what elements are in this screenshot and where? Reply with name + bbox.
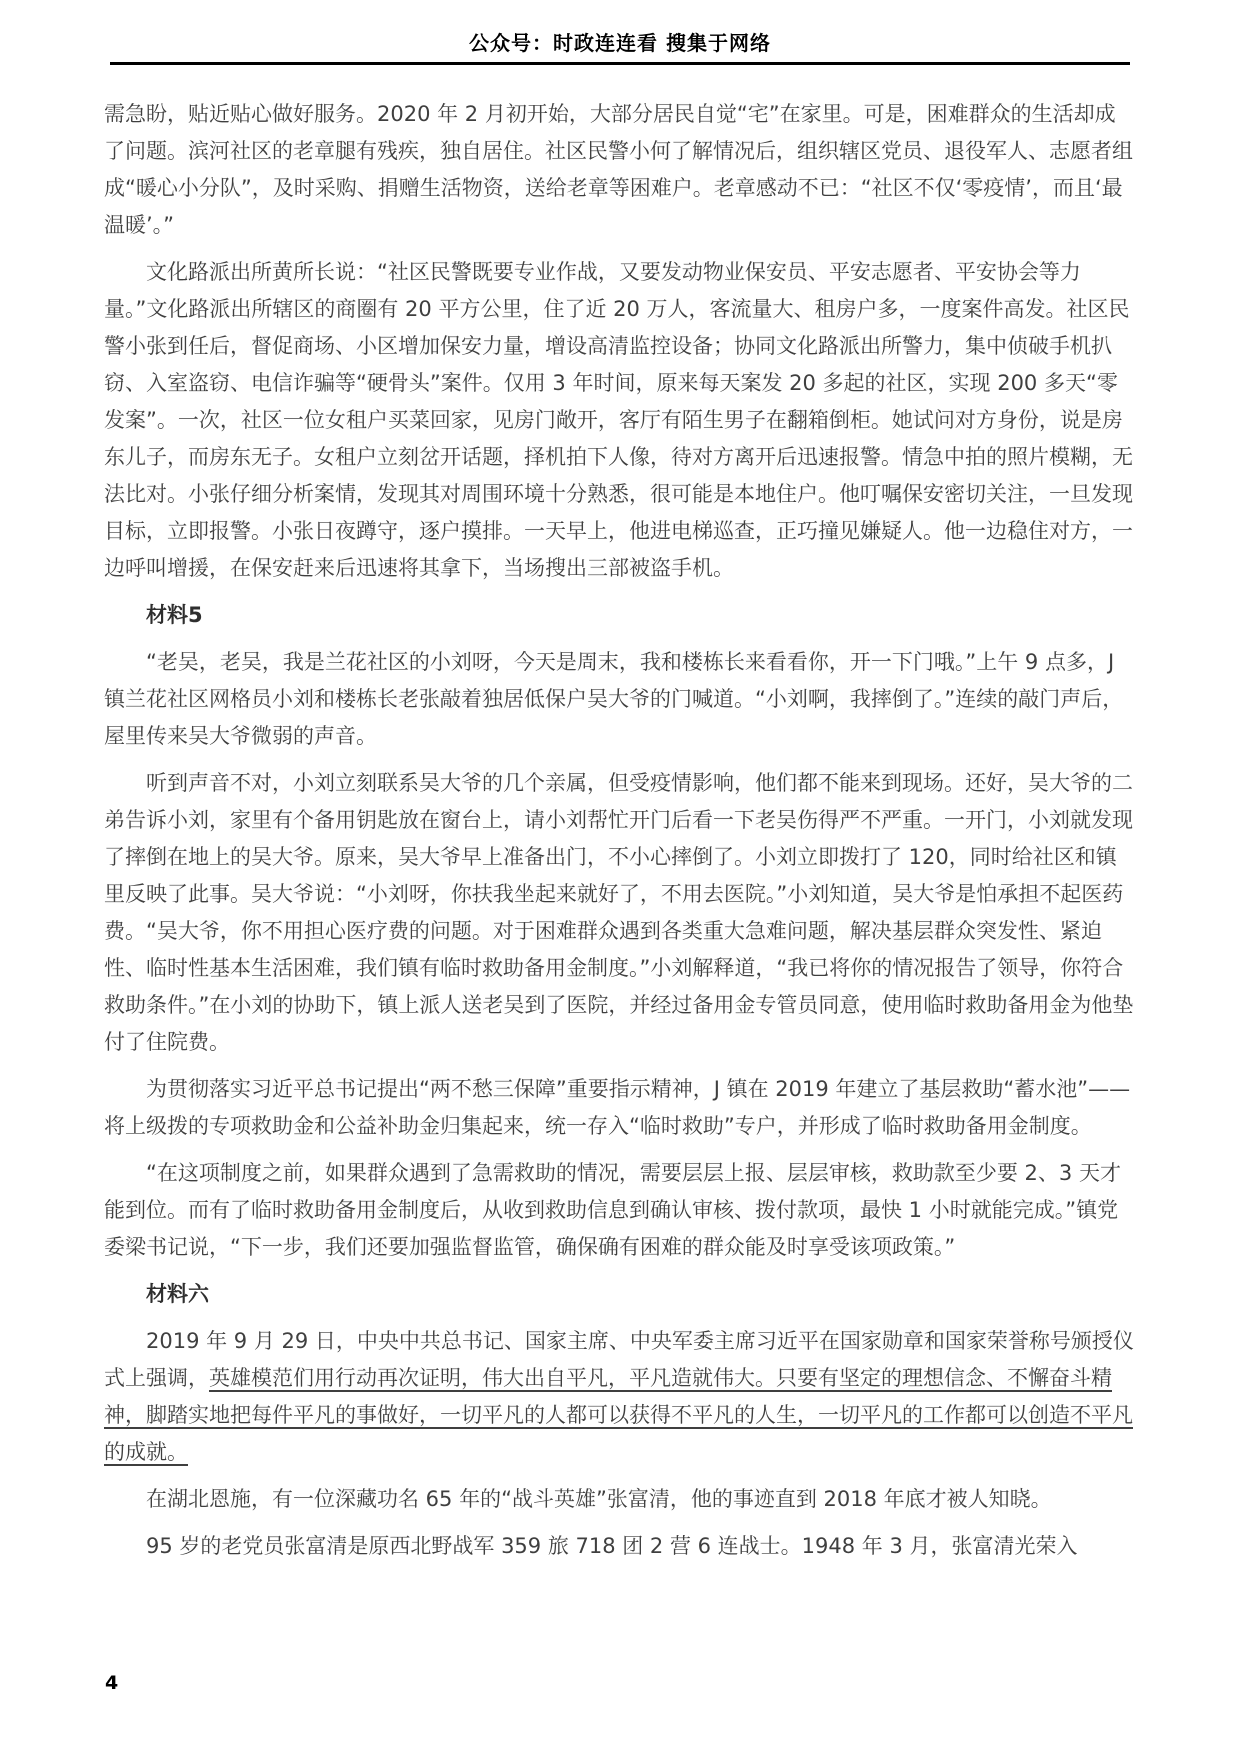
page-header: 公众号：时政连连看 搜集于网络: [110, 0, 1130, 65]
section-heading: 材料5: [104, 597, 1136, 634]
underlined-text: 英雄模范们用行动再次证明，伟大出自平凡，平凡造就伟大。只要有坚定的理想信念、不懈…: [104, 1366, 1133, 1464]
page-footer: 4: [105, 1672, 118, 1694]
document-content: 需急盼，贴近贴心做好服务。2020 年 2 月初开始，大部分居民自觉“宅”在家里…: [104, 96, 1136, 1575]
paragraph: 为贯彻落实习近平总书记提出“两不愁三保障”重要指示精神，J 镇在 2019 年建…: [104, 1071, 1136, 1145]
paragraph: 听到声音不对，小刘立刻联系吴大爷的几个亲属，但受疫情影响，他们都不能来到现场。还…: [104, 765, 1136, 1061]
text-segment: “在这项制度之前，如果群众遇到了急需救助的情况，需要层层上报、层层审核，救助款至…: [104, 1161, 1121, 1259]
header-title: 公众号：时政连连看 搜集于网络: [110, 32, 1130, 55]
text-segment: 听到声音不对，小刘立刻联系吴大爷的几个亲属，但受疫情影响，他们都不能来到现场。还…: [104, 771, 1133, 1054]
paragraph: 需急盼，贴近贴心做好服务。2020 年 2 月初开始，大部分居民自觉“宅”在家里…: [104, 96, 1136, 244]
paragraph: “老吴，老吴，我是兰花社区的小刘呀，今天是周末，我和楼栋长来看看你，开一下门哦。…: [104, 644, 1136, 755]
paragraph: 文化路派出所黄所长说：“社区民警既要专业作战，又要发动物业保安员、平安志愿者、平…: [104, 254, 1136, 587]
paragraph: 95 岁的老党员张富清是原西北野战军 359 旅 718 团 2 营 6 连战士…: [104, 1528, 1136, 1565]
text-segment: 为贯彻落实习近平总书记提出“两不愁三保障”重要指示精神，J 镇在 2019 年建…: [104, 1077, 1130, 1138]
text-segment: 文化路派出所黄所长说：“社区民警既要专业作战，又要发动物业保安员、平安志愿者、平…: [104, 260, 1133, 580]
paragraph: 在湖北恩施，有一位深藏功名 65 年的“战斗英雄”张富清，他的事迹直到 2018…: [104, 1481, 1136, 1518]
paragraph: “在这项制度之前，如果群众遇到了急需救助的情况，需要层层上报、层层审核，救助款至…: [104, 1155, 1136, 1266]
text-segment: 材料5: [146, 603, 203, 627]
text-segment: 95 岁的老党员张富清是原西北野战军 359 旅 718 团 2 营 6 连战士…: [146, 1534, 1078, 1558]
text-segment: 在湖北恩施，有一位深藏功名 65 年的“战斗英雄”张富清，他的事迹直到 2018…: [146, 1487, 1052, 1511]
document-page: 公众号：时政连连看 搜集于网络 需急盼，贴近贴心做好服务。2020 年 2 月初…: [0, 0, 1240, 1754]
page-number: 4: [105, 1672, 118, 1694]
section-heading: 材料六: [104, 1276, 1136, 1313]
paragraph: 2019 年 9 月 29 日，中央中共总书记、国家主席、中央军委主席习近平在国…: [104, 1323, 1136, 1471]
text-segment: 需急盼，贴近贴心做好服务。2020 年 2 月初开始，大部分居民自觉“宅”在家里…: [104, 102, 1133, 237]
text-segment: “老吴，老吴，我是兰花社区的小刘呀，今天是周末，我和楼栋长来看看你，开一下门哦。…: [104, 650, 1123, 748]
text-segment: 材料六: [146, 1282, 209, 1306]
